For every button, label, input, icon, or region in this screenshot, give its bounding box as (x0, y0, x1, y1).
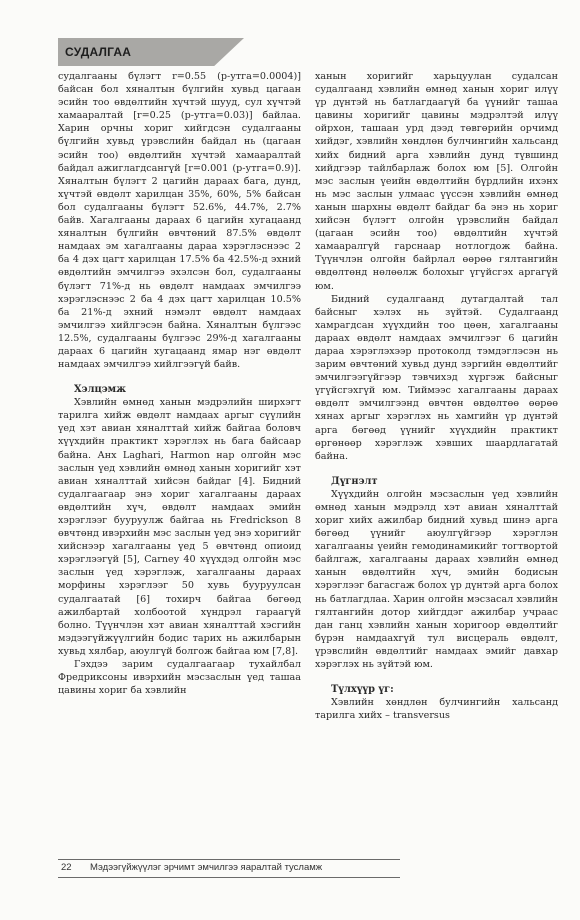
section-label-banner: СУДАЛГАА (58, 38, 244, 66)
page-footer: 22 Мэдээгүйжүүлэг эрчимт эмчилгээ яаралт… (58, 859, 400, 878)
section-label: СУДАЛГАА (65, 45, 131, 59)
left-column: судалгааны бүлэгт r=0.55 (p-утга=0.0004)… (58, 70, 301, 697)
conclusion-paragraph: Хүүхдийн олгойн мэсзаслын үед хэвлийн өм… (315, 488, 558, 671)
discussion-heading: Хэлцэмж (58, 383, 301, 396)
right-column: ханын хоригийг харьцуулан судалсан судал… (315, 70, 558, 722)
keywords-heading: Түлхүүр үг: (315, 683, 558, 696)
keywords-paragraph: Хэвлийн хөндлөн булчингийн хальсанд тари… (315, 696, 558, 722)
discussion-paragraph: Гэхдээ зарим судалгаагаар тухайлбал Фред… (58, 658, 301, 697)
page-number: 22 (61, 862, 72, 873)
discussion-continued-paragraph: ханын хоригийг харьцуулан судалсан судал… (315, 70, 558, 293)
discussion-paragraph: Хэвлийн өмнөд ханын мэдрэлийн ширхэгт та… (58, 396, 301, 658)
conclusion-heading: Дүгнэлт (315, 475, 558, 488)
results-paragraph: судалгааны бүлэгт r=0.55 (p-утга=0.0004)… (58, 70, 301, 371)
limitations-paragraph: Бидний судалгаанд дутагдалтай тал байсны… (315, 293, 558, 463)
running-title: Мэдээгүйжүүлэг эрчимт эмчилгээ яаралтай … (90, 862, 322, 873)
